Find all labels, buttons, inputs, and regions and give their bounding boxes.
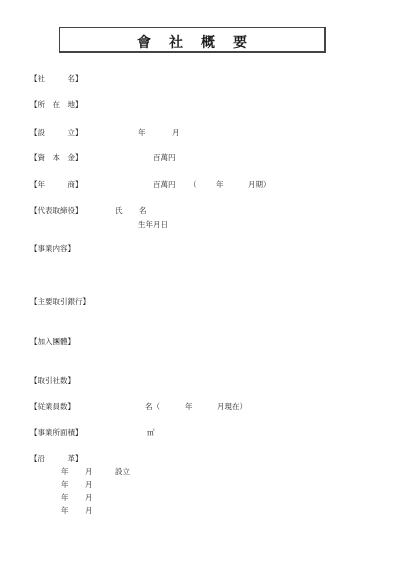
established-year: 年	[138, 129, 146, 137]
history-row-3-month: 月	[85, 494, 93, 502]
label-business: 【事業内容】	[30, 245, 75, 253]
established-month: 月	[172, 129, 180, 137]
history-row-4-year: 年	[61, 507, 69, 515]
label-banks: 【主要取引銀行】	[30, 298, 90, 306]
employees-unit: 名（	[145, 403, 160, 411]
history-row-3-year: 年	[61, 494, 69, 502]
sales-unit: 百萬円	[153, 181, 176, 189]
history-row-1-event: 設立	[115, 468, 130, 476]
label-history: 【沿 革】	[30, 455, 83, 463]
history-row-1-year: 年	[61, 468, 69, 476]
page-title: 會社概要	[60, 32, 324, 52]
label-associations: 【加入團體】	[30, 338, 75, 346]
label-company-name: 【社 名】	[30, 75, 83, 83]
label-employees: 【従業員数】	[30, 403, 75, 411]
rep-birthdate: 生年月日	[138, 221, 168, 229]
rep-name-label-2: 名	[139, 207, 147, 215]
sales-year: 年	[216, 181, 224, 189]
label-capital: 【資 本 金】	[30, 154, 83, 162]
title-box: 會社概要	[59, 27, 326, 53]
label-established: 【設 立】	[30, 129, 83, 137]
label-representative: 【代表取締役】	[30, 207, 83, 215]
office-area-unit: ㎡	[147, 429, 155, 437]
rep-name-label-1: 氏	[115, 207, 123, 215]
history-row-1-month: 月	[85, 468, 93, 476]
history-row-2-year: 年	[61, 481, 69, 489]
history-row-2-month: 月	[85, 481, 93, 489]
sales-paren-open: （	[189, 181, 197, 189]
label-annual-sales: 【年 商】	[30, 181, 83, 189]
label-office-area: 【事業所面積】	[30, 429, 83, 437]
employees-month-asof: 月現在）	[217, 403, 247, 411]
capital-unit: 百萬円	[153, 154, 176, 162]
label-clients: 【取引社数】	[30, 377, 75, 385]
employees-year: 年	[185, 403, 193, 411]
history-row-4-month: 月	[85, 507, 93, 515]
label-address: 【所 在 地】	[30, 101, 83, 109]
sales-period-month: 月期）	[248, 181, 271, 189]
